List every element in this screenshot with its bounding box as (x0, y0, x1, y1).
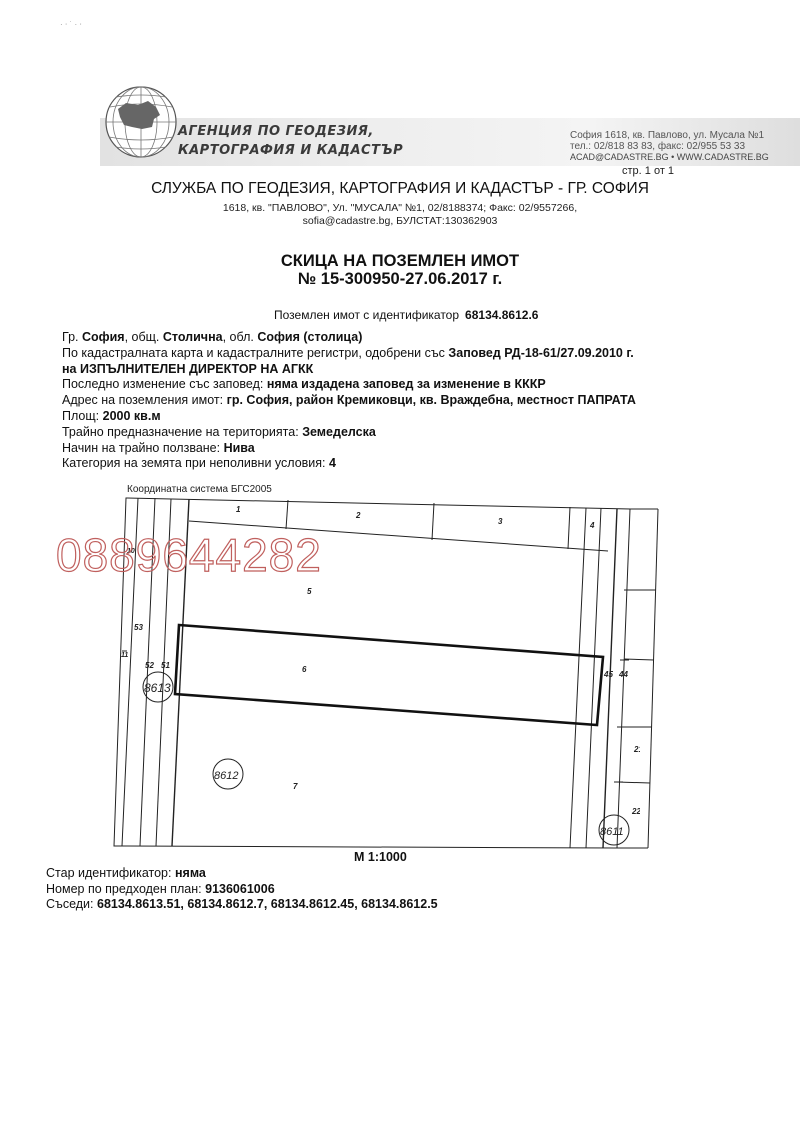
address-value: гр. София, район Кремиковци, кв. Враждеб… (227, 393, 636, 407)
page-number: стр. 1 от 1 (622, 165, 674, 177)
agency-name-line1: АГЕНЦИЯ ПО ГЕОДЕЗИЯ, (178, 122, 403, 141)
neighbors-line: Съседи: 68134.8613.51, 68134.8612.7, 681… (46, 897, 438, 913)
service-address-line2: sofia@cadastre.bg, БУЛСТАТ:130362903 (0, 215, 800, 228)
area-line: Площ: 2000 кв.м (62, 409, 636, 425)
contact-phone: тел.: 02/818 83 83, факс: 02/955 53 33 (570, 141, 769, 152)
parcel-label-11: 11 (121, 652, 128, 659)
parcel-label-52: 52 (145, 661, 154, 670)
agency-globe-logo-icon (104, 85, 178, 159)
parcel-label-3: 3 (498, 517, 503, 526)
contact-address: София 1618, кв. Павлово, ул. Мусала №1 (570, 130, 769, 141)
service-name: СЛУЖБА ПО ГЕОДЕЗИЯ, КАРТОГРАФИЯ И КАДАСТ… (0, 180, 800, 198)
city-label: Гр. (62, 330, 79, 344)
parcel-label-6: 6 (302, 665, 307, 674)
agency-name: АГЕНЦИЯ ПО ГЕОДЕЗИЯ, КАРТОГРАФИЯ И КАДАС… (178, 122, 403, 160)
document-title: СКИЦА НА ПОЗЕМЛЕН ИМОТ № 15-300950-27.06… (0, 252, 800, 288)
map-scale: М 1:1000 (354, 850, 407, 864)
document-title-text: СКИЦА НА ПОЗЕМЛЕН ИМОТ (0, 252, 800, 270)
zone-label-8612: 8612 (214, 770, 238, 782)
parcel-label-2: 2 (355, 511, 361, 520)
region-value: София (столица) (257, 330, 362, 344)
prev-plan-value: 9136061006 (205, 882, 275, 896)
scan-noise: · ‧ ˙ · ‧ (60, 20, 82, 29)
area-label: Площ: (62, 409, 99, 423)
old-id-value: няма (175, 866, 206, 880)
phone-watermark: 0889644282 (56, 528, 322, 582)
municipality-label: , общ. (125, 330, 160, 344)
parcel-label-5: 5 (307, 587, 312, 596)
order-value: Заповед РД-18-61/27.09.2010 г. (448, 346, 633, 360)
document-number: № 15-300950-27.06.2017 г. (0, 270, 800, 288)
area-value: 2000 кв.м (103, 409, 161, 423)
parcel-label-1: 1 (236, 505, 241, 514)
service-address-line1: 1618, кв. "ПАВЛОВО", Ул. "МУСАЛА" №1, 02… (0, 202, 800, 215)
purpose-value: Земеделска (302, 425, 376, 439)
old-id-label: Стар идентификатор: (46, 866, 171, 880)
identifier-value: 68134.8612.6 (465, 308, 538, 322)
parcel-label-4: 4 (589, 521, 595, 530)
category-line: Категория на земята при неполивни услови… (62, 456, 636, 472)
agency-name-line2: КАРТОГРАФИЯ И КАДАСТЪР (178, 141, 403, 160)
old-id-line: Стар идентификатор: няма (46, 866, 438, 882)
last-change-value: няма издадена заповед за изменение в ККК… (267, 377, 546, 391)
address-label: Адрес на поземления имот: (62, 393, 223, 407)
neighbors-label: Съседи: (46, 897, 94, 911)
cadastre-text: По кадастралната карта и кадастралните р… (62, 346, 445, 360)
municipality-value: Столична (163, 330, 223, 344)
parcel-label-7: 7 (293, 782, 298, 791)
region-label: , обл. (223, 330, 254, 344)
prev-plan-line: Номер по предходен план: 9136061006 (46, 882, 438, 898)
parcel-label-51: 51 (161, 661, 170, 670)
zone-label-8613: 8613 (144, 681, 171, 695)
order-by-line: на ИЗПЪЛНИТЕЛЕН ДИРЕКТОР НА АГКК (62, 362, 636, 378)
service-address: 1618, кв. "ПАВЛОВО", Ул. "МУСАЛА" №1, 02… (0, 202, 800, 228)
city-value: София (82, 330, 125, 344)
prev-plan-label: Номер по предходен план: (46, 882, 202, 896)
agency-contact: София 1618, кв. Павлово, ул. Мусала №1 т… (570, 130, 769, 163)
purpose-label: Трайно предназначение на територията: (62, 425, 299, 439)
parcel-identifier: Поземлен имот с идентификатор68134.8612.… (274, 308, 538, 322)
identifier-label: Поземлен имот с идентификатор (274, 308, 459, 322)
usage-label: Начин на трайно ползване: (62, 441, 220, 455)
footer-info: Стар идентификатор: няма Номер по предхо… (46, 866, 438, 913)
location-line: Гр. София, общ. Столична, обл. София (ст… (62, 330, 636, 346)
address-line: Адрес на поземления имот: гр. София, рай… (62, 393, 636, 409)
usage-line: Начин на трайно ползване: Нива (62, 441, 636, 457)
parcel-info: Гр. София, общ. Столична, обл. София (ст… (62, 330, 636, 472)
right-boundary-strip (610, 500, 670, 860)
category-value: 4 (329, 456, 336, 470)
contact-web: ACAD@CADASTRE.BG • WWW.CADASTRE.BG (570, 152, 769, 163)
purpose-line: Трайно предназначение на територията: Зе… (62, 425, 636, 441)
last-change-label: Последно изменение със заповед: (62, 377, 263, 391)
parcel-label-53: 53 (134, 623, 143, 632)
neighbors-value: 68134.8613.51, 68134.8612.7, 68134.8612.… (97, 897, 438, 911)
last-change-line: Последно изменение със заповед: няма изд… (62, 377, 636, 393)
order-by-value: на ИЗПЪЛНИТЕЛЕН ДИРЕКТОР НА АГКК (62, 362, 313, 376)
cadastre-line: По кадастралната карта и кадастралните р… (62, 346, 636, 362)
usage-value: Нива (224, 441, 255, 455)
category-label: Категория на земята при неполивни услови… (62, 456, 326, 470)
